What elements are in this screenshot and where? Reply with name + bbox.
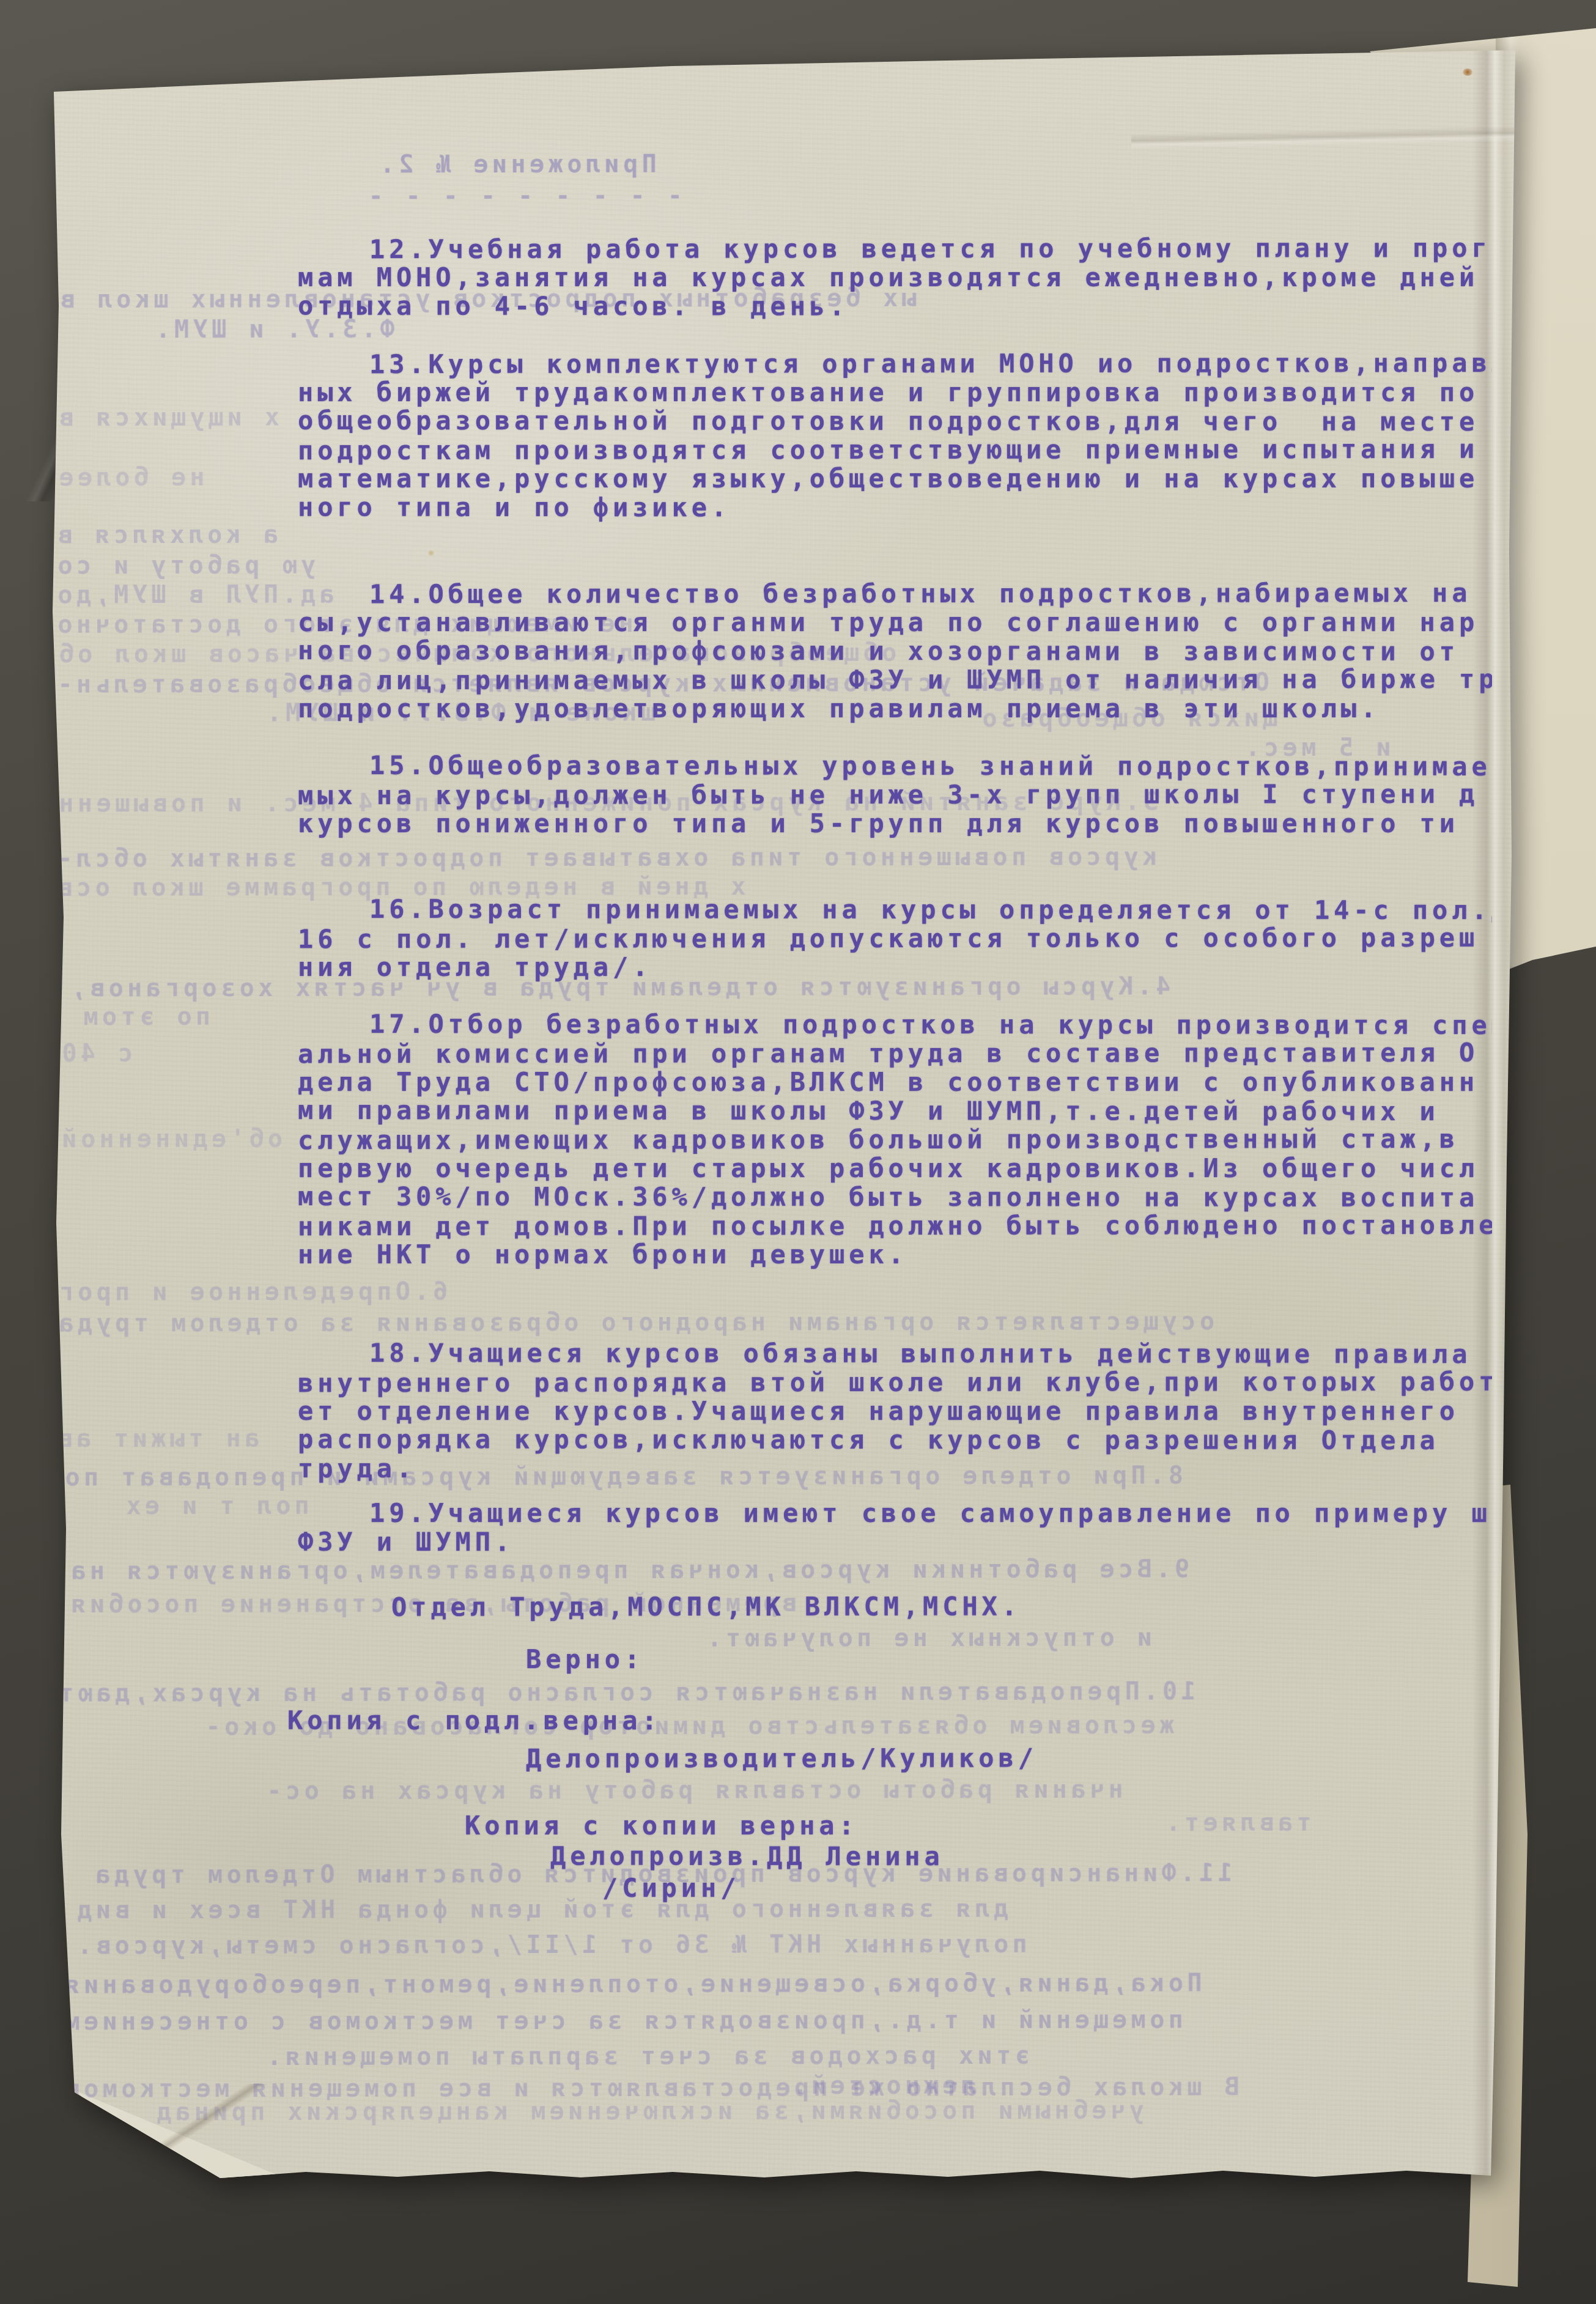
typed-line: 17.Отбор безработных подростков на курсы… [369, 1010, 1492, 1039]
typed-line: курсов пониженного типа и 5-групп для ку… [298, 809, 1459, 838]
closing-line: Делопроизводитель/Куликов/ [526, 1743, 1038, 1773]
bleedthrough-line: по этом [79, 1003, 210, 1031]
typed-line: внутреннего распорядка втой школе или кл… [298, 1367, 1492, 1397]
typed-line: 12.Учебная работа курсов ведется по учеб… [369, 234, 1492, 264]
bleedthrough-line: этих расходов за счет зарплаты помещения… [263, 2042, 1030, 2071]
typed-line: ет отделение курсов.Учащиеся нарушающие … [298, 1397, 1459, 1425]
closing-line: Верно: [526, 1645, 644, 1674]
typed-line: подросткам производятся соответствующие … [298, 435, 1479, 465]
typed-line: общеобразовательной подготовки подростко… [298, 406, 1479, 436]
text-area: Приложение № 2.- - - - - - - - -ых безра… [0, 0, 1492, 2195]
typed-line: подростков,удовлетворяющих правилам прие… [298, 694, 1380, 723]
closing-line: Отдел Труда,МОСПС,МК ВЛКСМ,МСНХ. [391, 1592, 1021, 1621]
typed-line: 16 с пол. лет/исключения допускаются тол… [298, 923, 1479, 953]
typed-line: сла лиц,принимаемых в школы ФЗУ и ШУМП о… [298, 665, 1492, 695]
typed-line: ми правилами приема в школы ФЗУ и ШУМП,т… [298, 1096, 1439, 1126]
typed-line: математике,русскому языку,обществоведени… [298, 464, 1479, 493]
bleedthrough-line: и отпускных не получают. [703, 1623, 1152, 1652]
bleedthrough-line: пол т и ех [122, 1492, 309, 1521]
bleedthrough-line: получанных НКТ № 36 от 1/II/,согласно см… [73, 1930, 1027, 1960]
typed-line: 16.Возраст принимаемых на курсы определя… [369, 895, 1492, 925]
typed-line: ных биржей трудакомплектование и группир… [298, 378, 1479, 407]
bleedthrough-line: тавляет. [1162, 1809, 1312, 1837]
bleedthrough-line: нчания работы оставляя работу на курсах … [263, 1776, 1123, 1805]
typed-line: 14.Общее количество безработных подростк… [369, 578, 1492, 608]
bleedthrough-line: Приложение № 2. [376, 150, 657, 179]
closing-line: Копия с подл.верна: [287, 1706, 662, 1735]
bleedthrough-line: лежностей. [789, 2072, 976, 2100]
typed-line: ние НКТ о нормах брони девушек. [298, 1240, 908, 1269]
bleedthrough-line: х ищущихся в [55, 404, 279, 432]
bleedthrough-line: 9.Все работники курсов,кончая преподават… [67, 1555, 1189, 1585]
typed-line: отдыха по 4-6 часов. в день. [298, 292, 849, 321]
typed-line: 13.Курсы комплектуются органами МОНО ио … [369, 349, 1492, 378]
typed-line: мых на курсы,должен быть не ниже 3-х гру… [298, 780, 1479, 810]
typed-line: мест 30%/по МОск.36%/должно быть заполне… [298, 1182, 1479, 1212]
bleedthrough-line: - - - - - - - - - [364, 182, 682, 211]
typed-line: мам МОНО,занятия на курсах производятся … [298, 263, 1479, 292]
scan-canvas: Приложение № 2.- - - - - - - - -ых безра… [0, 0, 1596, 2304]
typed-line: первую очередь дети старых рабочих кадро… [298, 1154, 1479, 1183]
bleedthrough-line: помещений и т.д.,производятся за счет ме… [61, 2006, 1183, 2036]
document-page: Приложение № 2.- - - - - - - - -ых безра… [0, 0, 1596, 2304]
typed-line: 19.Учащиеся курсов имеют свое самоуправл… [369, 1499, 1492, 1527]
typed-line: никами дет домов.При посылке должно быть… [298, 1211, 1492, 1241]
typed-line: служащих,имеющих кадровиков большой прои… [298, 1124, 1459, 1154]
typed-line: 15.Общеобразовательных уровень знаний по… [369, 751, 1491, 781]
typed-line: сы,устанавливаются органми труда по согл… [298, 608, 1479, 637]
document-page-wrap: Приложение № 2.- - - - - - - - -ых безра… [0, 0, 1596, 2304]
bleedthrough-line: 10.Преподаватели назначаются согласно ра… [55, 1677, 1196, 1707]
closing-line: Копия с копии верна: [465, 1811, 859, 1840]
bleedthrough-line: с 40 [58, 1039, 133, 1068]
bleedthrough-line: ан тыжит ав [54, 1425, 259, 1453]
typed-line: распорядка курсов,исключаются с курсов с… [298, 1425, 1439, 1455]
typed-line: альной комиссией при органам труда в сос… [298, 1038, 1479, 1068]
typed-line: дела Труда СТО/профсоюза,ВЛКСМ в соответ… [298, 1068, 1479, 1096]
typed-line: ФЗУ и ШУМП. [298, 1527, 514, 1556]
bleedthrough-line: 6.Определенное и прог [55, 1277, 448, 1306]
typed-line: ного образования,профсоюзами и хозоргана… [298, 636, 1459, 666]
bleedthrough-line: осуществляется органами народного образо… [55, 1307, 1214, 1337]
bleedthrough-line: об'единенной [58, 1125, 283, 1154]
typed-line: ния отдела труда/. [298, 953, 652, 981]
typed-line: ного типа и по физике. [298, 493, 731, 522]
bleedthrough-line: курсов повышенного типа охватывает подро… [54, 843, 1157, 873]
typed-line: 18.Учащиеся курсов обязаны выполнить дей… [369, 1338, 1471, 1368]
closing-line: /Сирин/ [602, 1874, 740, 1902]
typed-line: труда. [298, 1454, 416, 1483]
closing-line: Делопроизв.ДД Ленина [550, 1842, 944, 1871]
bleedthrough-line: ад.ПУЛ в ШУМ,до [54, 581, 334, 610]
bleedthrough-line: Пока,дания,уборка,освещение,отопление,ре… [61, 1969, 1202, 1999]
bleedthrough-line: 8.При отделе организуется заведующий кур… [61, 1461, 1183, 1491]
bleedthrough-line: ую работу и со [54, 552, 316, 580]
bleedthrough-line: для заявленного для этой цели фонда НКТ … [73, 1895, 1008, 1925]
bleedthrough-line: учебными пособиями,за исключением канцел… [153, 2097, 1144, 2127]
bleedthrough-line: а колхялся в [54, 521, 278, 550]
bleedthrough-line: не более [55, 463, 205, 492]
